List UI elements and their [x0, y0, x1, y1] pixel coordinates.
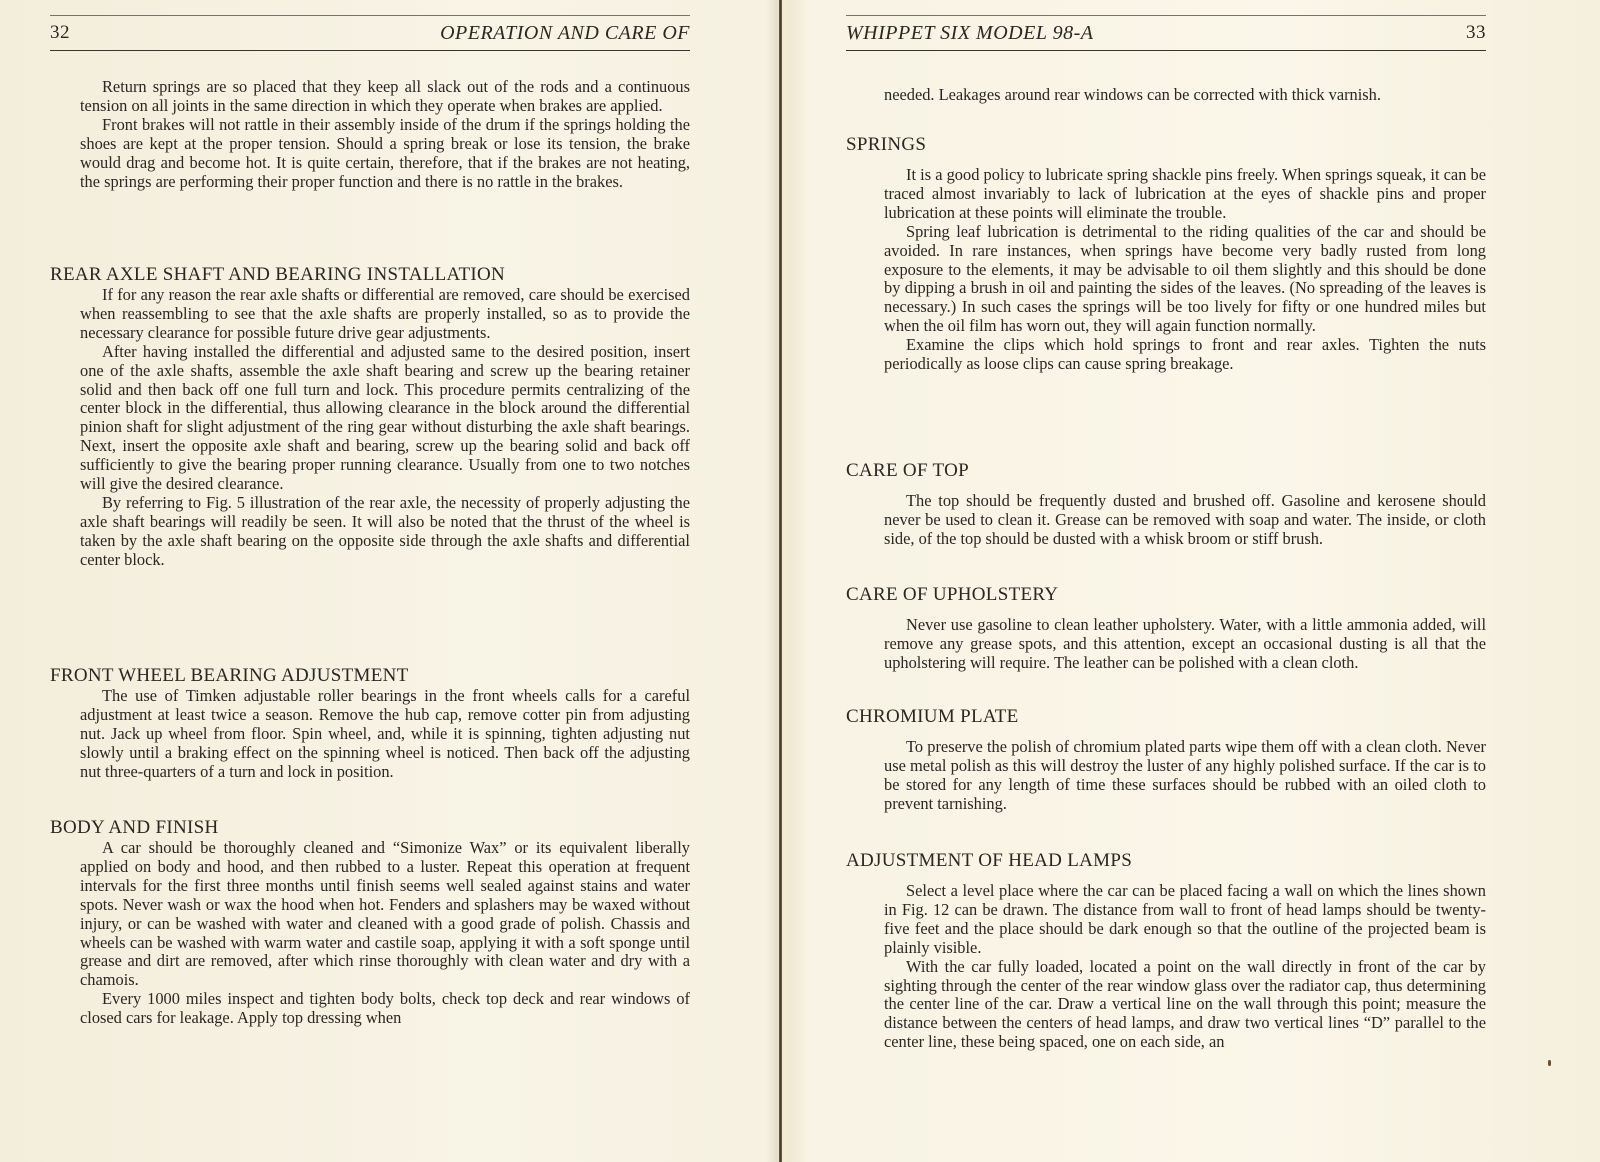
paragraph: By referring to Fig. 5 illustration of t…: [80, 494, 690, 570]
section-head-lamps: Adjustment of Head Lamps Select a level …: [846, 850, 1486, 1052]
section-heading: Care of Top: [846, 460, 1486, 482]
section-care-of-upholstery: Care of Upholstery Never use gasoline to…: [846, 584, 1486, 673]
book-spine: [779, 0, 782, 1162]
section-front-wheel: Front Wheel Bearing Adjustment The use o…: [50, 665, 690, 782]
paragraph: To preserve the polish of chromium plate…: [884, 738, 1486, 814]
running-title: OPERATION AND CARE OF: [440, 16, 690, 50]
left-intro: Return springs are so placed that they k…: [50, 78, 690, 191]
page-number: 33: [1466, 16, 1486, 50]
running-title: WHIPPET SIX MODEL 98-A: [846, 16, 1093, 50]
left-running-head: 32 OPERATION AND CARE OF: [50, 15, 690, 51]
section-chromium-plate: Chromium Plate To preserve the polish of…: [846, 706, 1486, 814]
paragraph: After having installed the differential …: [80, 343, 690, 494]
section-heading: Front Wheel Bearing Adjustment: [50, 665, 690, 687]
paragraph: Never use gasoline to clean leather upho…: [884, 616, 1486, 673]
paragraph: It is a good policy to lubricate spring …: [884, 166, 1486, 223]
spine-shadow: [766, 0, 780, 1162]
paragraph: Spring leaf lubrication is detrimental t…: [884, 223, 1486, 336]
page-number: 32: [50, 16, 70, 50]
paragraph: Select a level place where the car can b…: [884, 882, 1486, 958]
paragraph: If for any reason the rear axle shafts o…: [80, 286, 690, 343]
book-spread: 32 OPERATION AND CARE OF Return springs …: [0, 0, 1600, 1162]
section-springs: Springs It is a good policy to lubricate…: [846, 134, 1486, 374]
paragraph: The top should be frequently dusted and …: [884, 492, 1486, 549]
paragraph: A car should be thoroughly cleaned and “…: [80, 839, 690, 990]
paragraph: Every 1000 miles inspect and tighten bod…: [80, 990, 690, 1028]
paragraph: Return springs are so placed that they k…: [80, 78, 690, 116]
section-care-of-top: Care of Top The top should be frequently…: [846, 460, 1486, 549]
section-rear-axle: Rear Axle Shaft and Bearing Installation…: [50, 264, 690, 570]
paper-speck: [1548, 1060, 1551, 1066]
section-heading: Adjustment of Head Lamps: [846, 850, 1486, 872]
section-heading: Rear Axle Shaft and Bearing Installation: [50, 264, 690, 286]
paragraph: With the car fully loaded, located a poi…: [884, 958, 1486, 1053]
right-running-head: WHIPPET SIX MODEL 98-A 33: [846, 15, 1486, 51]
paragraph: Front brakes will not rattle in their as…: [80, 116, 690, 192]
left-page: 32 OPERATION AND CARE OF Return springs …: [50, 0, 690, 51]
section-heading: Body and Finish: [50, 817, 690, 839]
paragraph: The use of Timken adjustable roller bear…: [80, 687, 690, 782]
paragraph: needed. Leakages around rear windows can…: [884, 86, 1486, 105]
right-continuation: needed. Leakages around rear windows can…: [846, 86, 1486, 105]
paragraph: Examine the clips which hold springs to …: [884, 336, 1486, 374]
section-heading: Chromium Plate: [846, 706, 1486, 728]
section-heading: Springs: [846, 134, 1486, 156]
section-heading: Care of Upholstery: [846, 584, 1486, 606]
right-page: WHIPPET SIX MODEL 98-A 33 needed. Leakag…: [846, 0, 1486, 51]
section-body-finish: Body and Finish A car should be thorough…: [50, 817, 690, 1028]
